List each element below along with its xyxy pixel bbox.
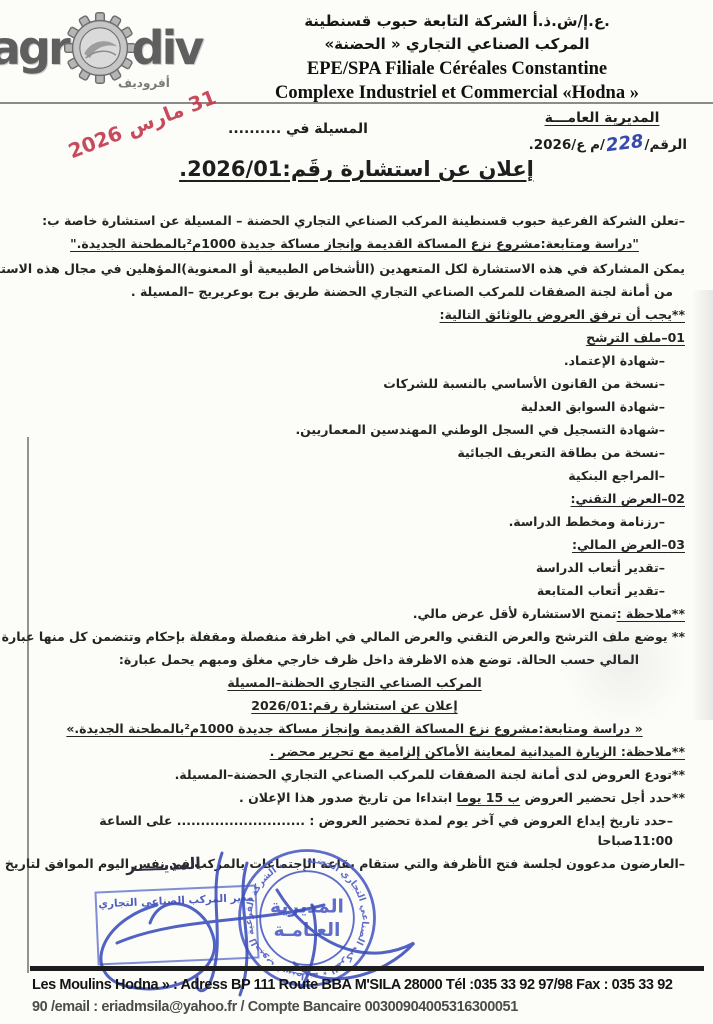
documents-header: **يجب أن ترفق العروض بالوثائق التالية: bbox=[24, 305, 685, 325]
list-item: –المراجع البنكية bbox=[24, 466, 685, 486]
list-item: –نسخة من بطاقة التعريف الجبائية bbox=[24, 443, 685, 463]
scanned-announcement-page: agr bbox=[0, 0, 713, 1024]
list-item: –شهادة الإعتماد. bbox=[24, 351, 685, 371]
scan-artifact-line bbox=[27, 437, 29, 973]
company-name-french: EPE/SPA Filiale Céréales Constantine bbox=[205, 57, 709, 81]
section-financial-offer: 03–العرض المالي: bbox=[24, 535, 685, 555]
ref-suffix: /م ع/2026. bbox=[529, 137, 605, 153]
agrodiv-logo: agr bbox=[0, 12, 210, 104]
complex-name-french: Complexe Industriel et Commercial «Hodna… bbox=[205, 81, 709, 105]
deadline-days: ب 15 يوما bbox=[456, 790, 520, 805]
deadline-line: **حدد أجل تحضير العروض ب 15 يوما ابتداءا… bbox=[24, 788, 685, 808]
complex-name-arabic: المركب الصناعي التجاري « الحضنة» bbox=[205, 33, 709, 56]
logo-wordmark: agr bbox=[0, 12, 210, 84]
footer-divider bbox=[30, 966, 704, 971]
deposit-line: **تودع العروض لدى أمانة لجنة الصفقات للم… bbox=[24, 765, 685, 785]
deadline-prefix: **حدد أجل تحضير العروض bbox=[520, 790, 685, 805]
scan-smudge-center bbox=[560, 600, 690, 730]
list-item: –نسخة من القانون الأساسي بالنسبة للشركات bbox=[24, 374, 685, 394]
consultation-subject: "دراسة ومتابعة:مشروع نزع المساكة القديمة… bbox=[24, 234, 685, 254]
intro-line: –تعلن الشركة الفرعية حبوب قسنطينة المركب… bbox=[24, 211, 685, 231]
reference-number-line: الرقم/228/م ع/2026. bbox=[529, 133, 687, 154]
city-date-line: المسيلة في .......... bbox=[228, 121, 368, 137]
envelope-address-line-3: « دراسة ومتابعة:مشروع نزع المساكة القديم… bbox=[24, 719, 685, 739]
note-site-visit-line: **ملاحظة: الزيارة الميدانية لمعاينة الأم… bbox=[24, 742, 685, 762]
logo-text-right: div bbox=[132, 25, 202, 71]
participation-line-2: من أمانة لجنة الصفقات للمركب الصناعي الت… bbox=[24, 282, 685, 302]
footer-contact-line: 90 /email : eriadmsila@yahoo.fr / Compte… bbox=[32, 999, 710, 1014]
list-item: –تقدير أتعاب الدراسة bbox=[24, 558, 685, 578]
logo-arabic-name: أفروديف bbox=[118, 76, 170, 90]
footer-address-line: Les Moulins Hodna » : Adress BP 111 Rout… bbox=[32, 977, 710, 993]
list-item: –رزنامة ومخطط الدراسة. bbox=[24, 512, 685, 532]
logo-text-left: agr bbox=[0, 25, 68, 71]
document-body: –تعلن الشركة الفرعية حبوب قسنطينة المركب… bbox=[24, 211, 685, 877]
header-divider bbox=[0, 102, 713, 104]
page-title: إعلان عن استشارة رقَم:2026/01. bbox=[0, 157, 713, 181]
scan-smudge-right bbox=[691, 290, 713, 720]
deadline-suffix: ابتداءا من تاريخ صدور هذا الإعلان . bbox=[239, 790, 456, 805]
directorate-label: المديرية العامـــة bbox=[527, 110, 677, 126]
list-item: –تقدير أتعاب المتابعة bbox=[24, 581, 685, 601]
list-item: –شهادة التسجيل في السجل الوطني المهندسين… bbox=[24, 420, 685, 440]
ref-prefix: الرقم/ bbox=[645, 137, 687, 153]
gear-wheat-icon bbox=[64, 12, 136, 84]
letterhead: .ع.إ/ش.ذ.أ الشركة التابعة حبوب قسنطينة ا… bbox=[205, 10, 709, 105]
section-candidacy-file: 01–ملف الترشح bbox=[24, 328, 685, 348]
list-item: –شهادة السوابق العدلية bbox=[24, 397, 685, 417]
company-name-arabic: .ع.إ/ش.ذ.أ الشركة التابعة حبوب قسنطينة bbox=[205, 10, 709, 33]
ref-number-handwritten: 228 bbox=[605, 131, 645, 156]
participation-line-1: يمكن المشاركة في هذه الاستشارة لكل المتع… bbox=[24, 259, 685, 279]
section-technical-offer: 02–العرض التقني: bbox=[24, 489, 685, 509]
